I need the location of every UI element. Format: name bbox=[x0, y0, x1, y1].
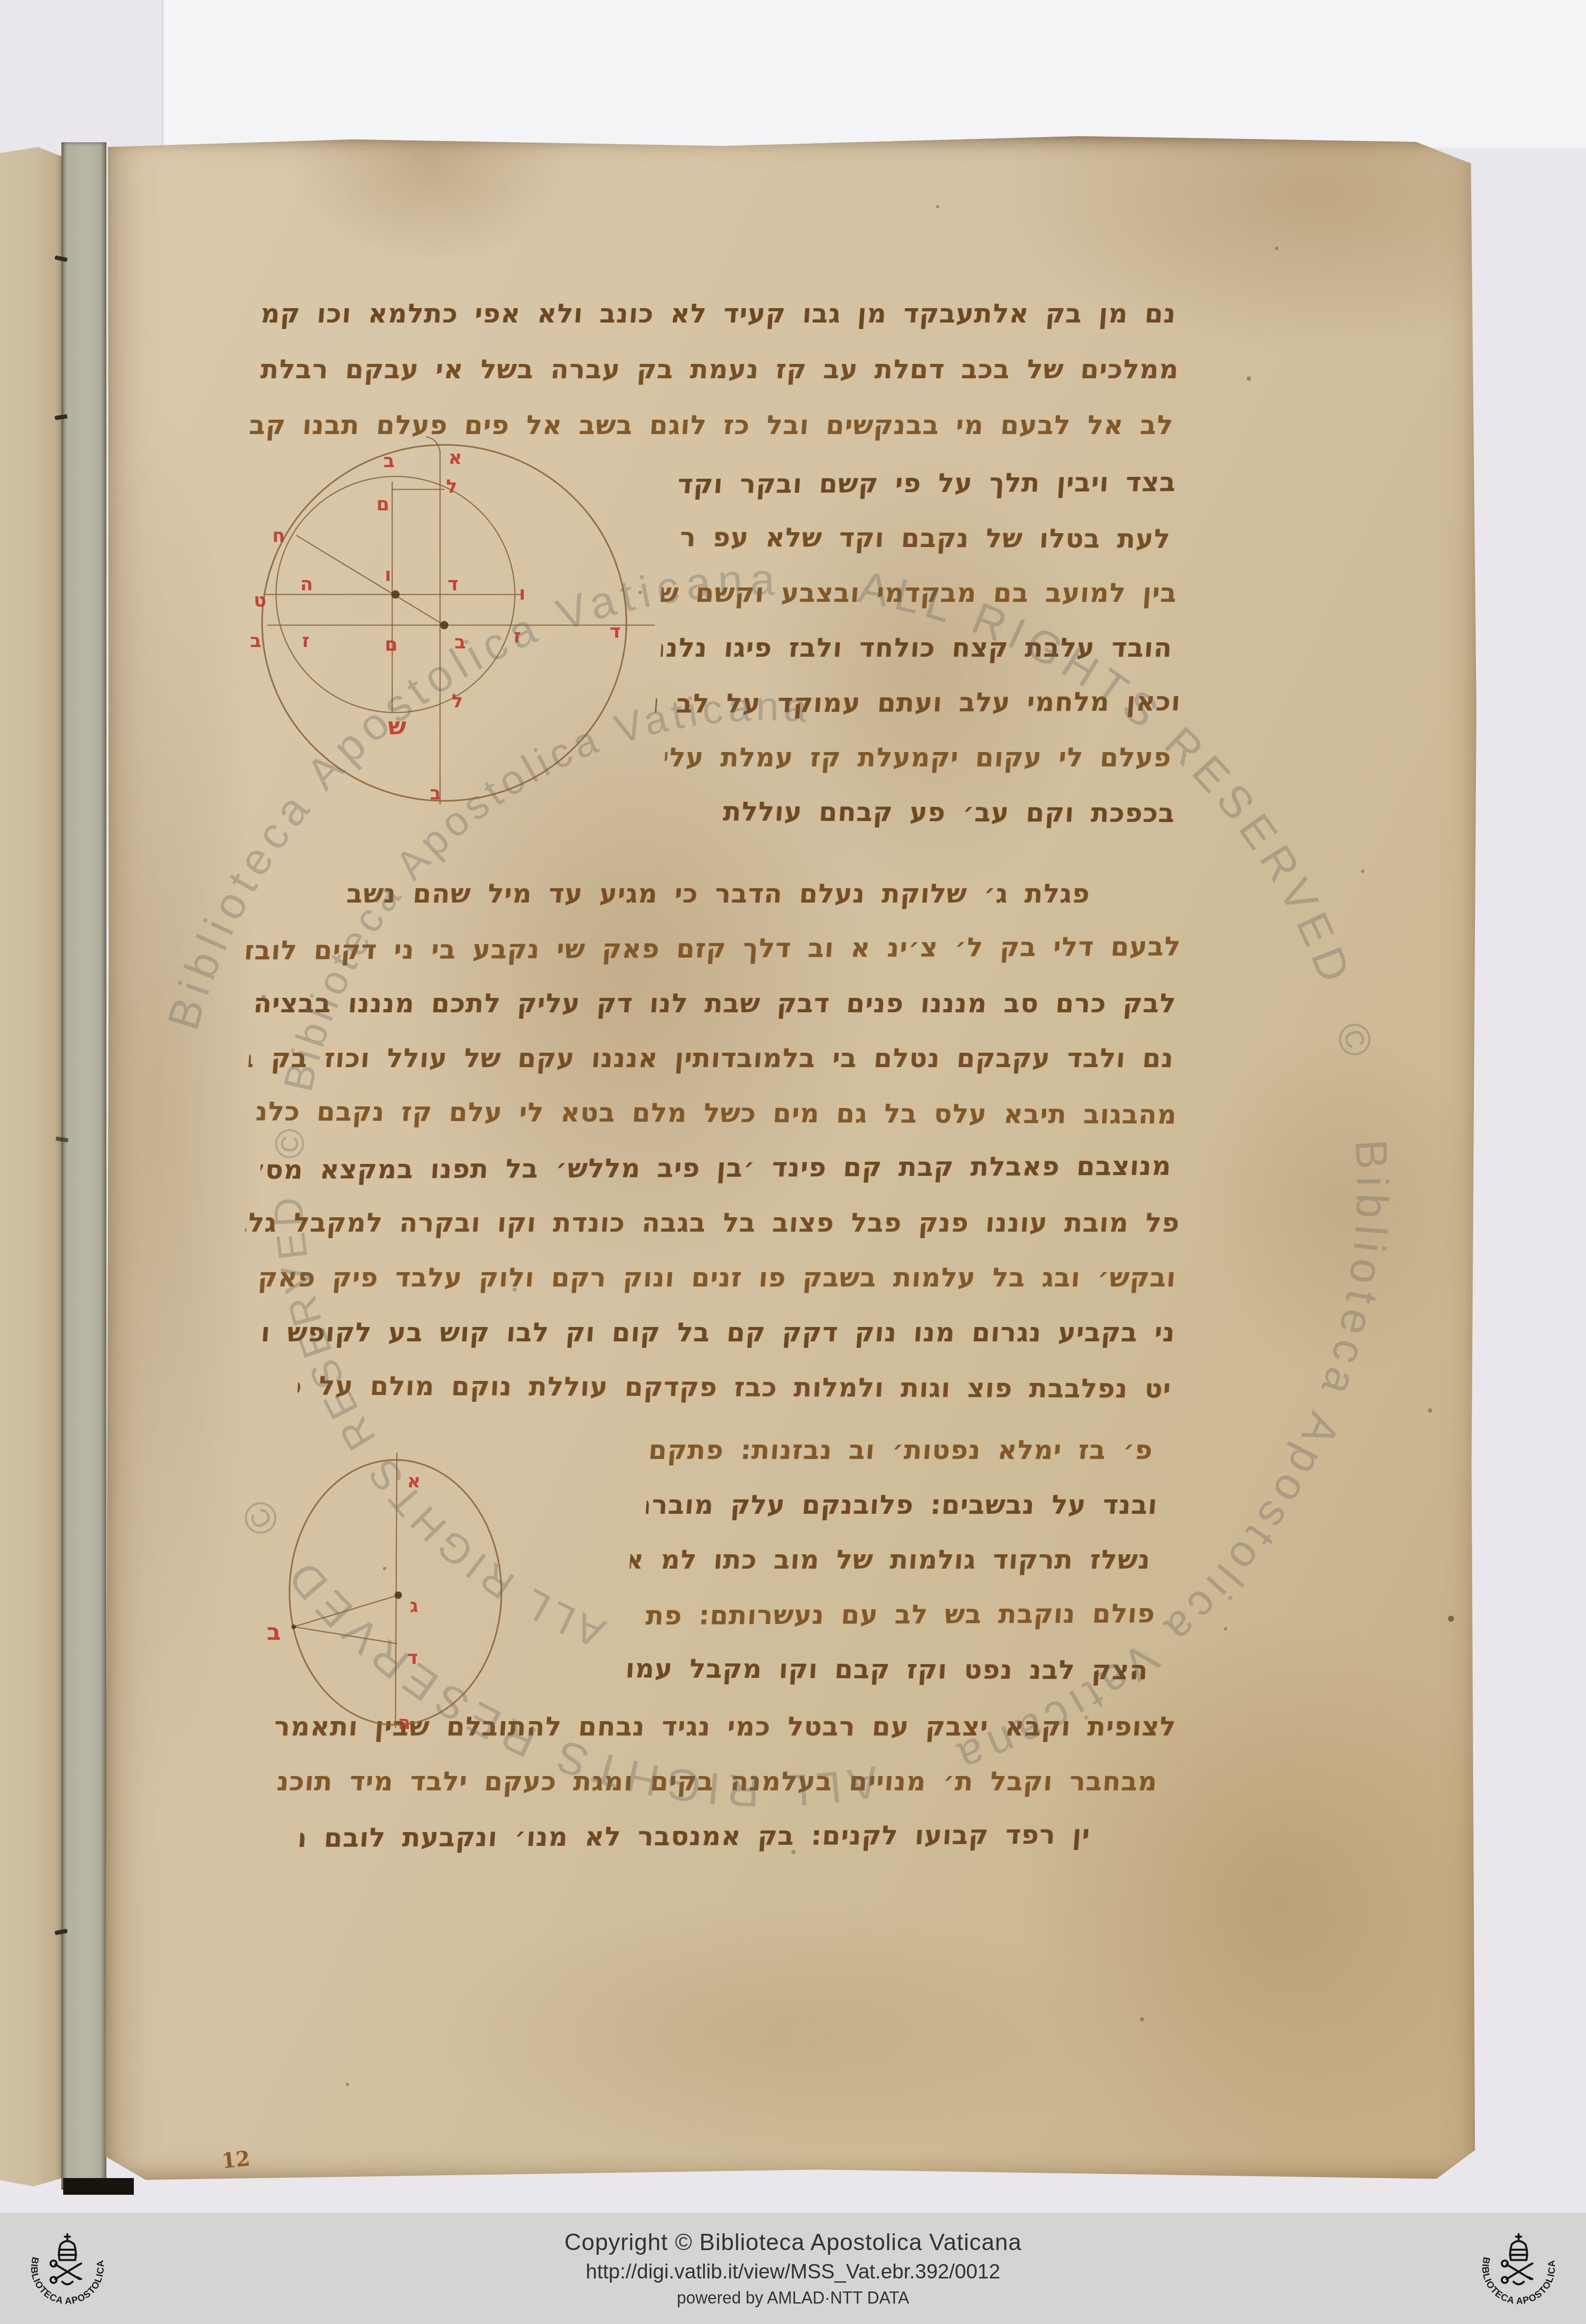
svg-text:ALL RIGHTS RESERVED © Biblio: ALL RIGHTS RESERVED © Biblioteca Apostol… bbox=[264, 683, 813, 1657]
footer-bar: BIBLIOTECA APOSTOLICA VATICANA Copyright… bbox=[0, 2212, 1586, 2324]
vatican-library-logo: BIBLIOTECA APOSTOLICA VATICANA bbox=[24, 2225, 111, 2312]
facing-page-edge bbox=[0, 146, 61, 2186]
watermark-outer-ring-text: Biblioteca Apostolica Vaticana ALL RIGHT… bbox=[158, 555, 1397, 1816]
scanned-manuscript-viewer: נם מן בק אלתעבקד מן גבו קעיד לא כונב ולא… bbox=[0, 0, 1586, 2324]
binding-guard-strip bbox=[61, 142, 106, 2190]
tiara-and-keys-icon bbox=[1502, 2234, 1533, 2284]
gutter-slot bbox=[63, 2178, 134, 2195]
watermark-inner-ring-text: ALL RIGHTS RESERVED © Biblioteca Apostol… bbox=[264, 683, 813, 1657]
footer-copyright: Copyright © Biblioteca Apostolica Vatica… bbox=[565, 2229, 1022, 2256]
manuscript-page: נם מן בק אלתעבקד מן גבו קעיד לא כונב ולא… bbox=[105, 136, 1478, 2181]
paper-specks bbox=[105, 136, 107, 138]
svg-text:Biblioteca Apostolica Vaticana: Biblioteca Apostolica Vaticana ALL RIGHT… bbox=[158, 555, 1397, 1816]
footer-text-block: Copyright © Biblioteca Apostolica Vatica… bbox=[565, 2229, 1022, 2308]
footer-powered-by: powered by AMLAD·NTT DATA bbox=[565, 2288, 1022, 2308]
copyright-watermark: Biblioteca Apostolica Vaticana ALL RIGHT… bbox=[105, 136, 1478, 2181]
quire-mark: 12 bbox=[221, 2147, 251, 2173]
vatican-library-logo: BIBLIOTECA APOSTOLICA VATICANA bbox=[1475, 2225, 1562, 2312]
backing-sheet bbox=[164, 0, 1586, 148]
footer-url: http://digi.vatlib.it/view/MSS_Vat.ebr.3… bbox=[565, 2260, 1022, 2284]
tiara-and-keys-icon bbox=[51, 2234, 81, 2284]
